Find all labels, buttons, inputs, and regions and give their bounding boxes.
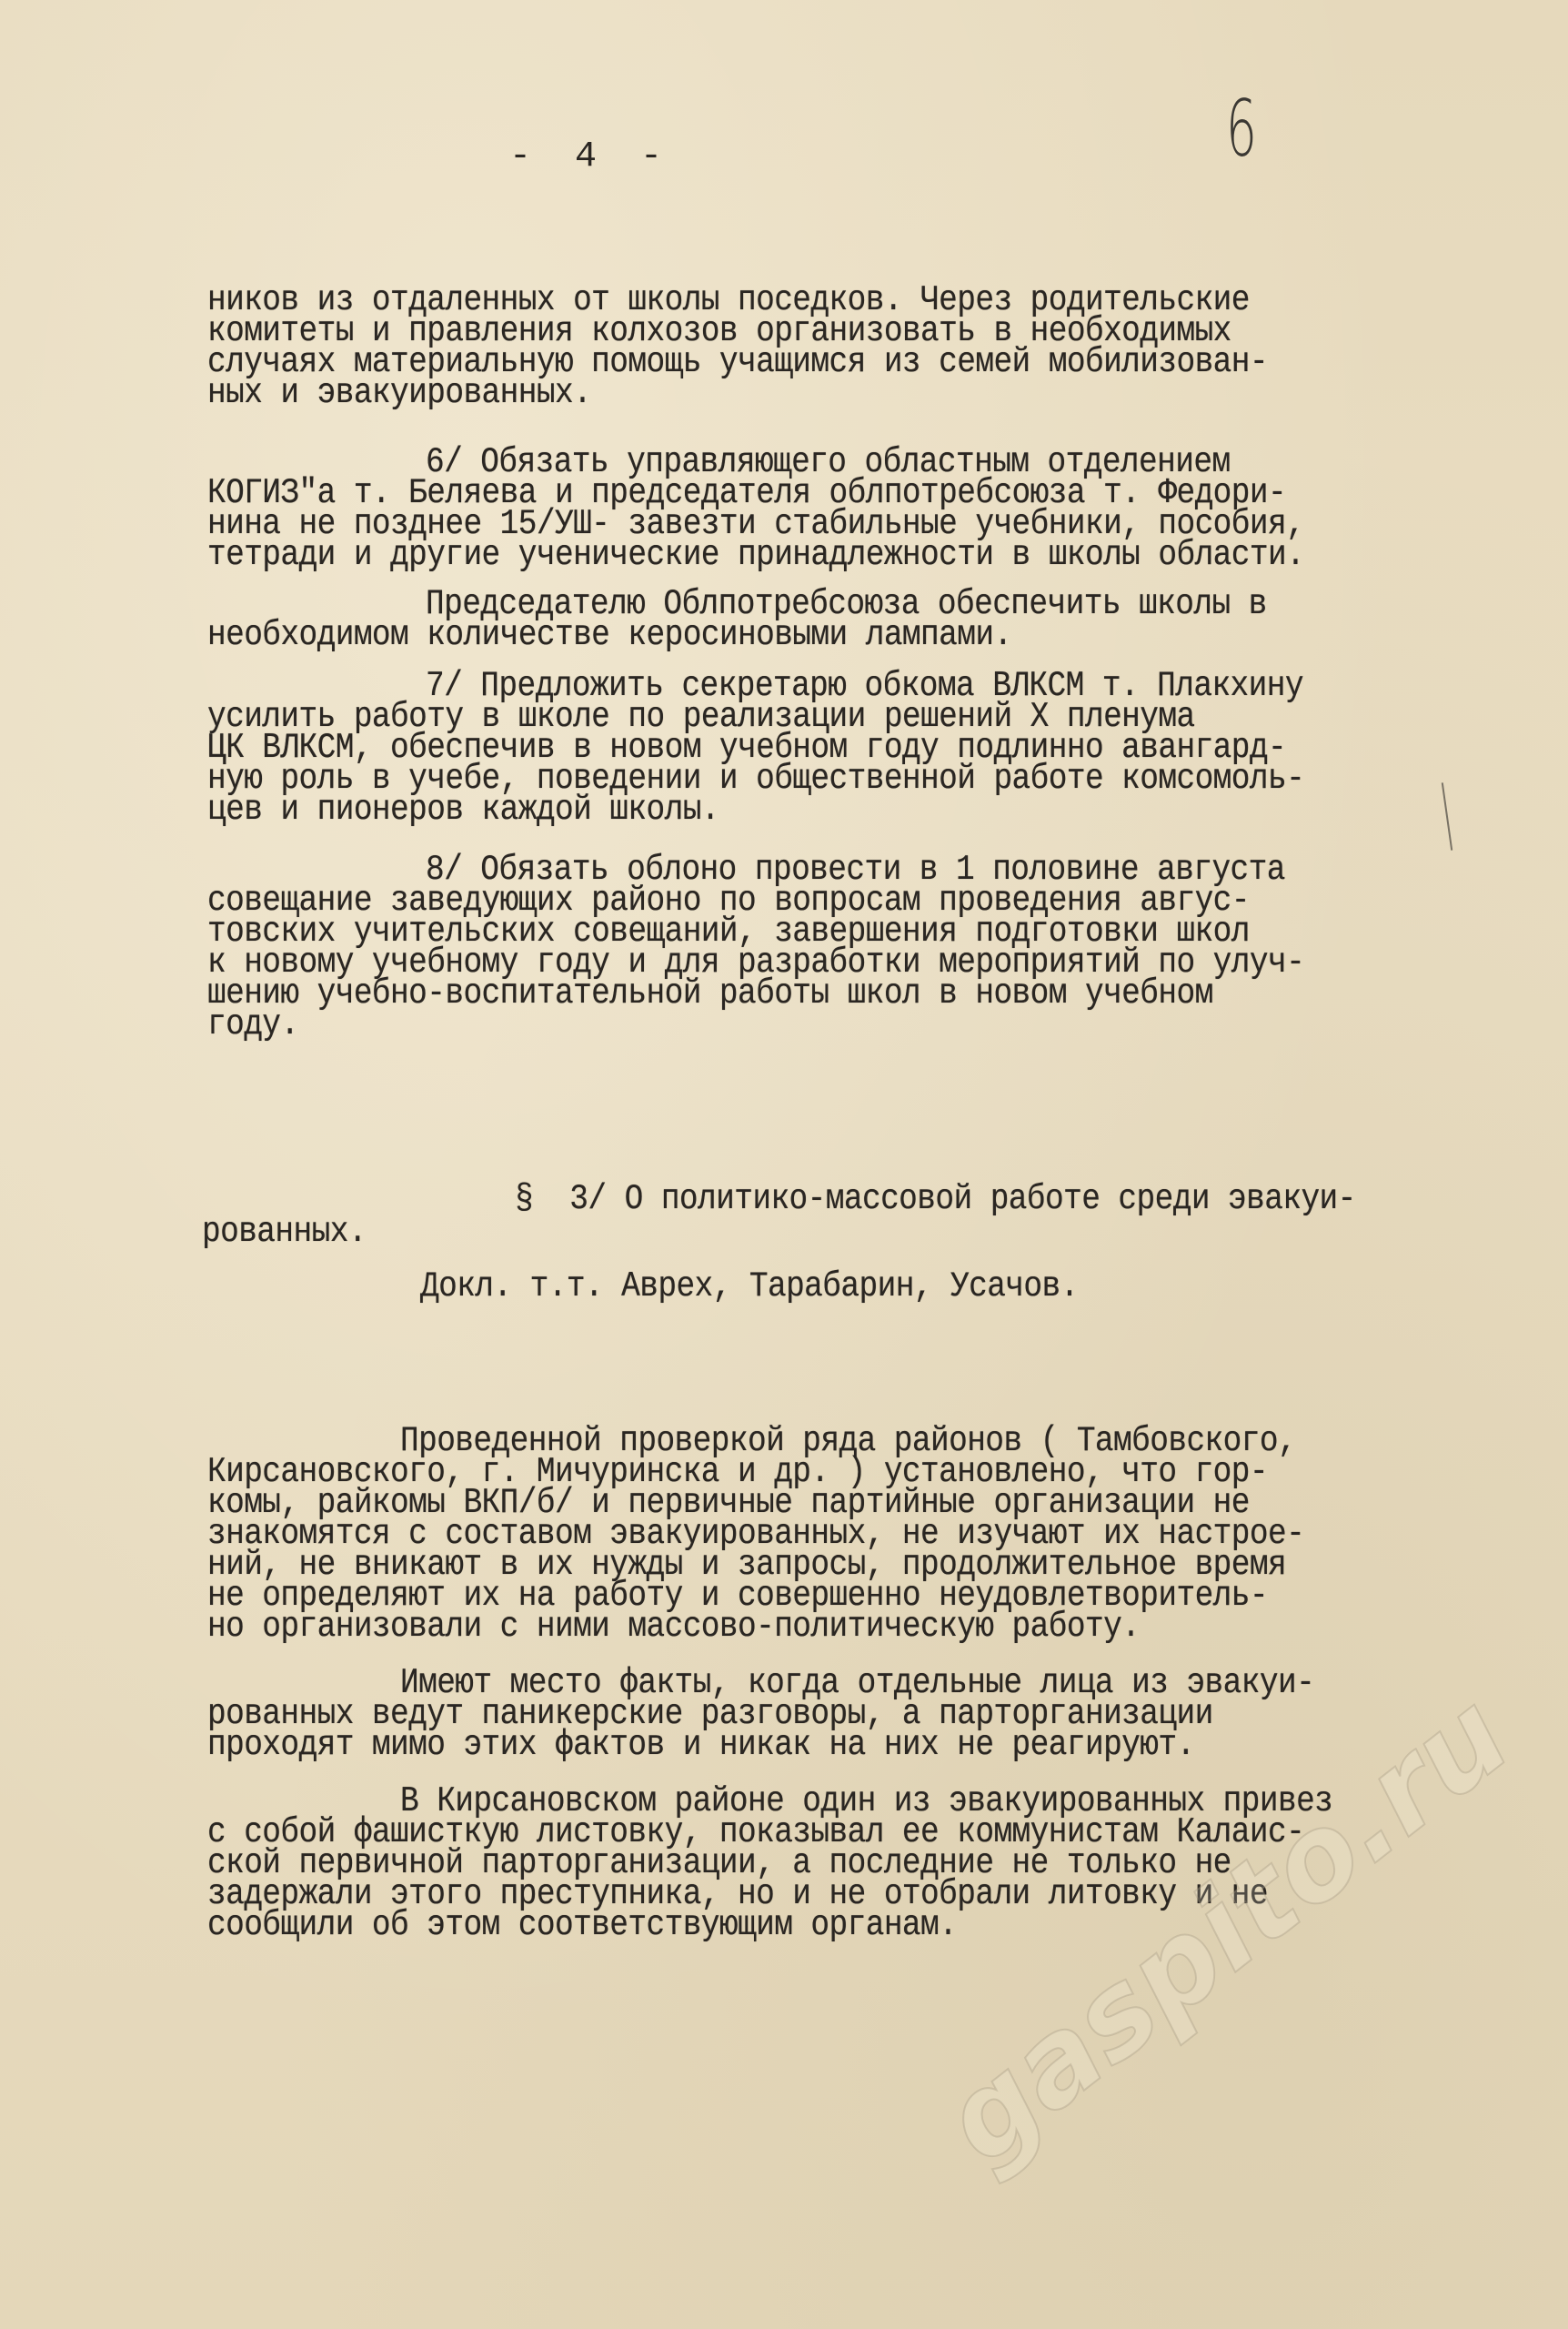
section-title-line: § 3/ О политико-массовой работе среди эв… — [515, 1183, 1356, 1217]
handwritten-folio-number: 6 — [1226, 84, 1257, 175]
text-line: ных и эвакуированных. — [207, 377, 591, 411]
text-line: необходимом количестве керосиновыми ламп… — [207, 619, 1012, 653]
page-number-header: - 4 - — [509, 136, 662, 177]
margin-pencil-mark — [1442, 782, 1452, 851]
section-title-line: рованных. — [202, 1215, 367, 1250]
section-speakers: Докл. т.т. Аврех, Тарабарин, Усачов. — [420, 1270, 1079, 1305]
text-line: проходят мимо этих фактов и никак на них… — [207, 1729, 1195, 1763]
text-line: сообщили об этом соответствующим органам… — [207, 1909, 957, 1943]
document-page: - 4 - 6 ников из отдаленных от школы пос… — [0, 0, 1568, 2329]
text-line: тетради и другие ученические принадлежно… — [207, 539, 1304, 573]
text-line: шению учебно-воспитательной работы школ … — [207, 977, 1213, 1012]
text-line: цев и пионеров каждой школы. — [207, 793, 719, 828]
text-line: году. — [207, 1008, 299, 1043]
text-line: но организовали с ними массово-политичес… — [207, 1610, 1140, 1645]
